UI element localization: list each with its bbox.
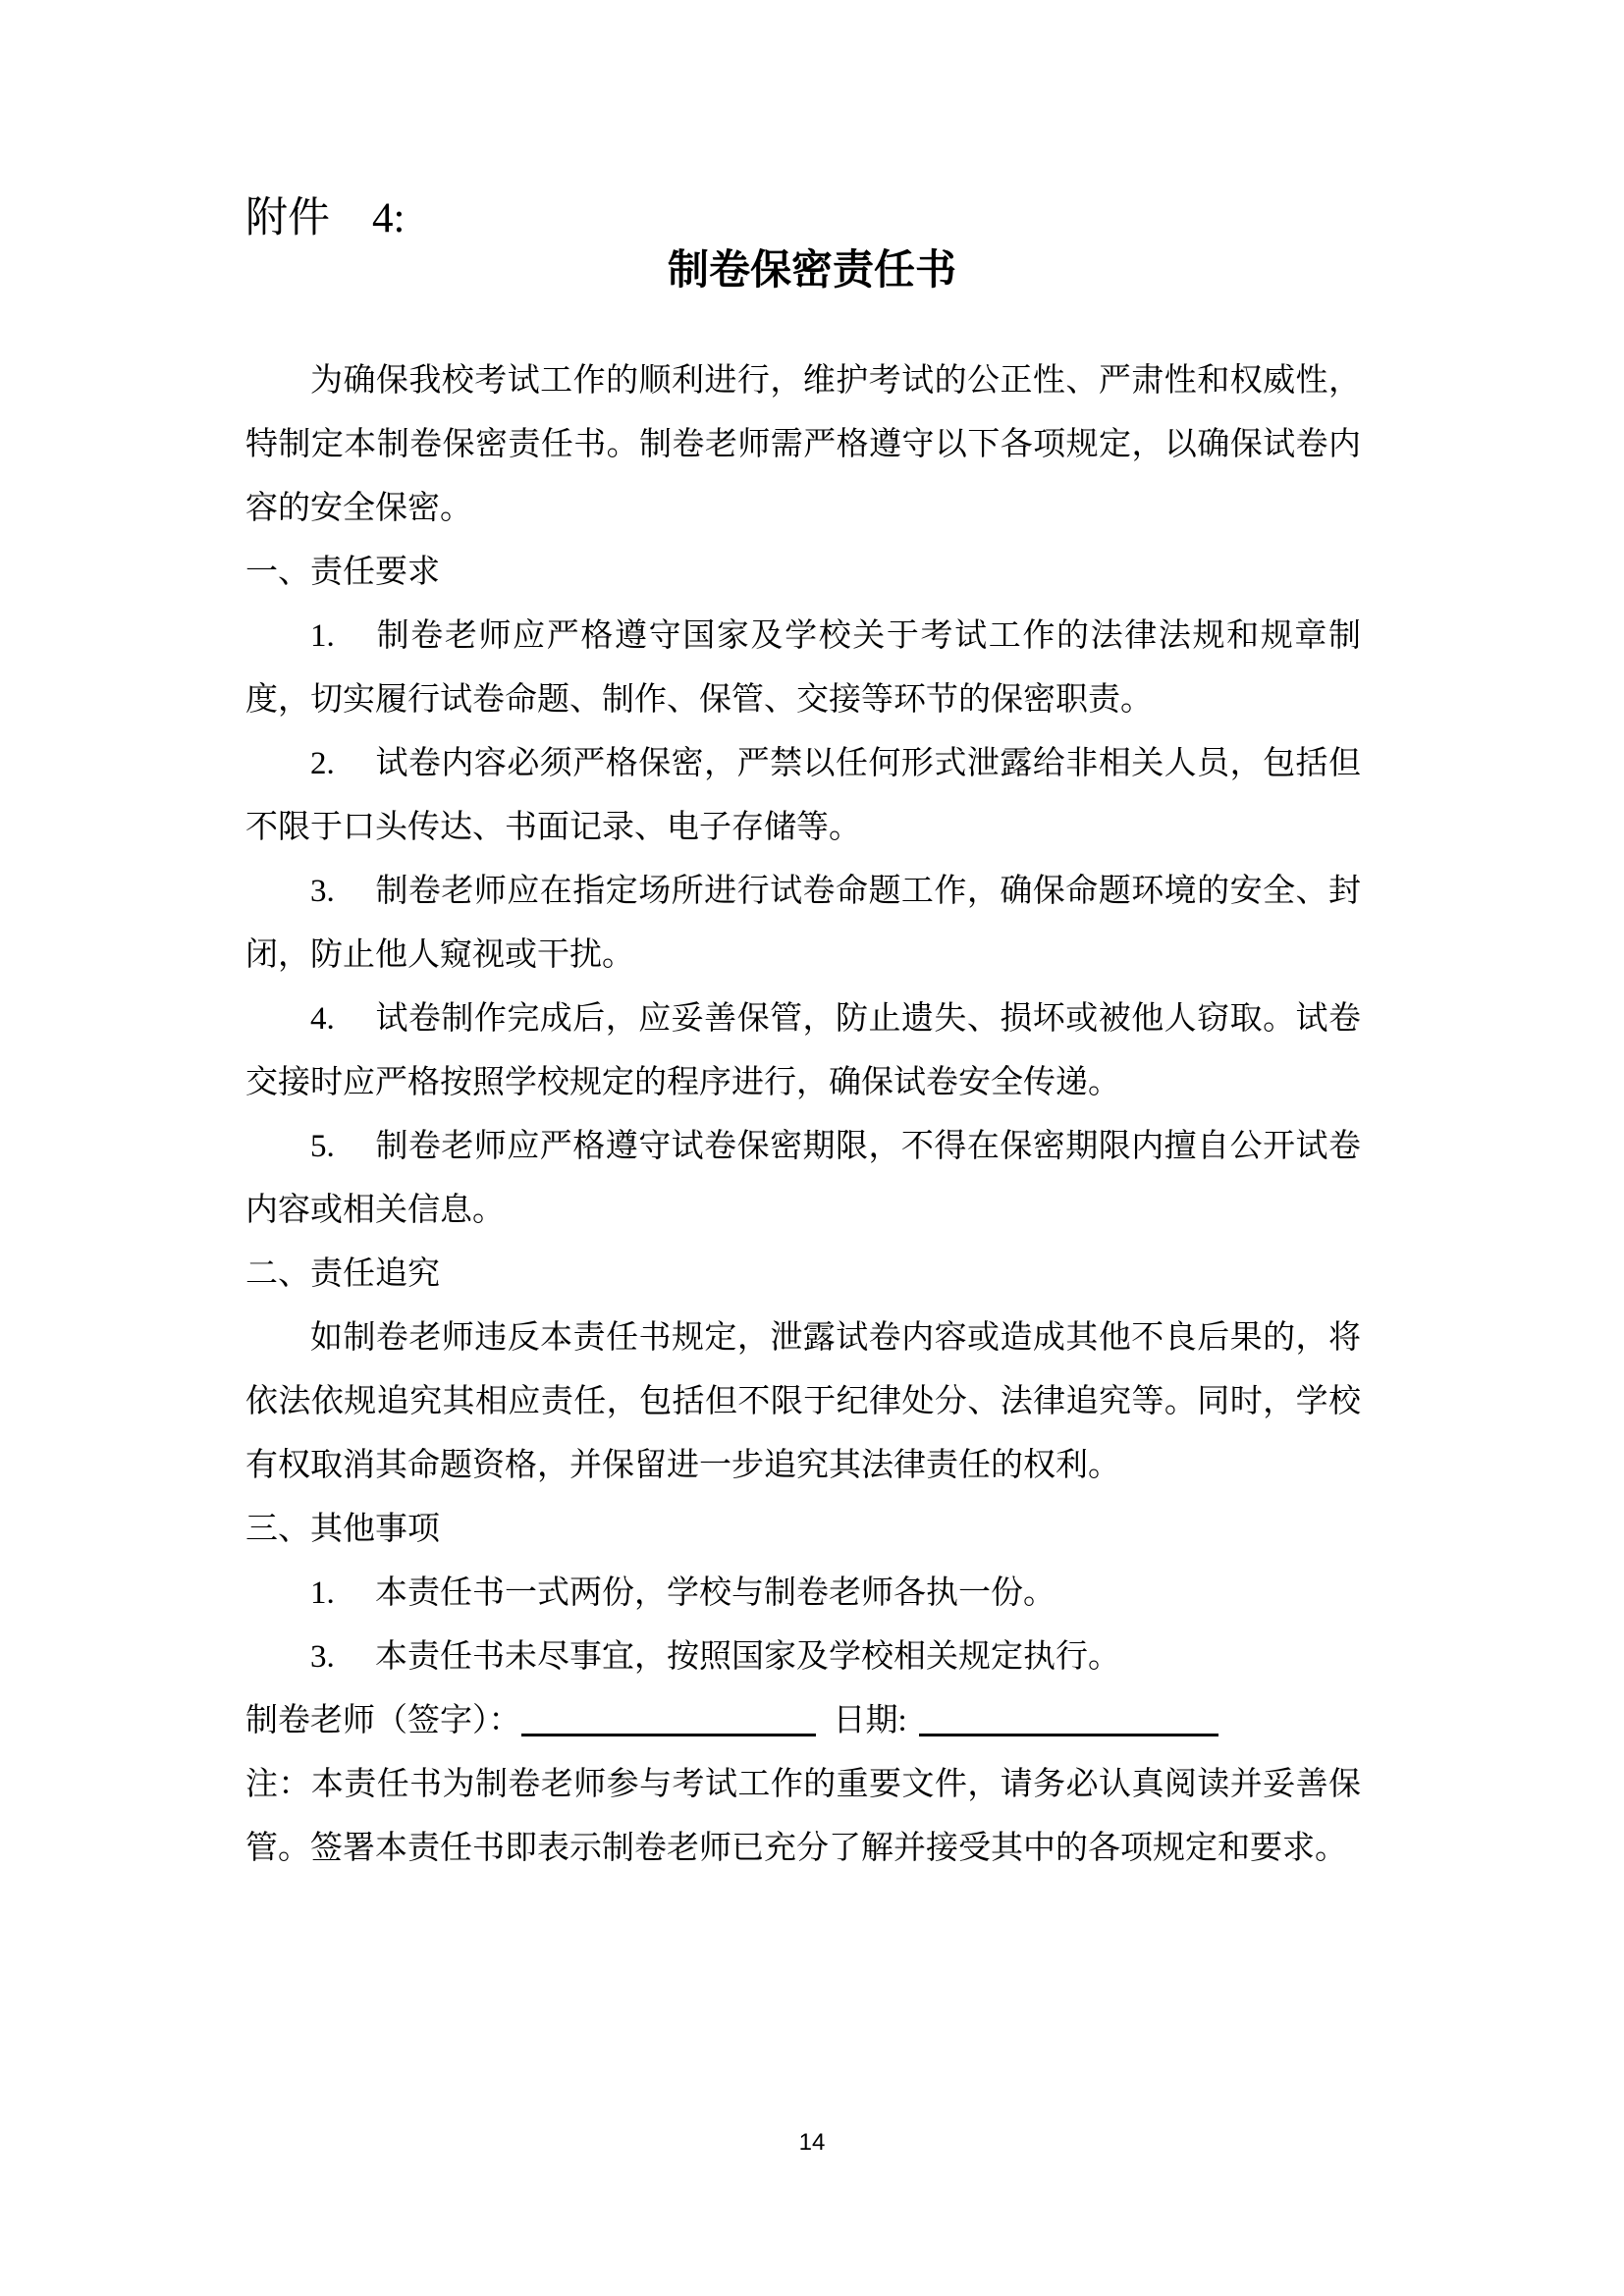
attachment-label: 附件 4:	[245, 192, 405, 245]
item-number: 1.	[310, 605, 375, 668]
item-number: 1.	[310, 1562, 375, 1626]
item-text: 制卷老师应严格遵守国家及学校关于考试工作的法律法规和规章制度，切实履行试卷命题、…	[245, 618, 1361, 718]
item-number: 3.	[310, 860, 375, 924]
item-text: 本责任书未尽事宜，按照国家及学校相关规定执行。	[375, 1639, 1120, 1675]
date-line[interactable]	[919, 1704, 1218, 1736]
item-number: 2.	[310, 732, 375, 796]
list-item: 3.本责任书未尽事宜，按照国家及学校相关规定执行。	[245, 1626, 1361, 1689]
list-item: 2.试卷内容必须严格保密，严禁以任何形式泄露给非相关人员，包括但不限于口头传达、…	[245, 732, 1361, 860]
date-label: 日期:	[834, 1703, 907, 1738]
item-text: 制卷老师应在指定场所进行试卷命题工作，确保命题环境的安全、封闭，防止他人窥视或干…	[245, 874, 1361, 973]
item-number: 5.	[310, 1115, 375, 1179]
section-paragraph: 如制卷老师违反本责任书规定，泄露试卷内容或造成其他不良后果的，将依法依规追究其相…	[245, 1307, 1361, 1498]
item-text: 试卷制作完成后，应妥善保管，防止遗失、损坏或被他人窃取。试卷交接时应严格按照学校…	[245, 1001, 1361, 1100]
list-item: 5.制卷老师应严格遵守试卷保密期限，不得在保密期限内擅自公开试卷内容或相关信息。	[245, 1115, 1361, 1243]
item-number: 4.	[310, 988, 375, 1051]
list-item: 4.试卷制作完成后，应妥善保管，防止遗失、损坏或被他人窃取。试卷交接时应严格按照…	[245, 988, 1361, 1115]
intro-paragraph: 为确保我校考试工作的顺利进行，维护考试的公正性、严肃性和权威性，特制定本制卷保密…	[245, 349, 1361, 541]
item-number: 3.	[310, 1626, 375, 1689]
document-body: 为确保我校考试工作的顺利进行，维护考试的公正性、严肃性和权威性，特制定本制卷保密…	[245, 349, 1361, 1881]
item-text: 本责任书一式两份，学校与制卷老师各执一份。	[375, 1575, 1056, 1611]
note-paragraph: 注：本责任书为制卷老师参与考试工作的重要文件，请务必认真阅读并妥善保管。签署本责…	[245, 1753, 1361, 1881]
section-heading-1: 一、责任要求	[245, 541, 1361, 605]
list-item: 1.制卷老师应严格遵守国家及学校关于考试工作的法律法规和规章制度，切实履行试卷命…	[245, 605, 1361, 732]
section-heading-2: 二、责任追究	[245, 1243, 1361, 1307]
list-item: 3.制卷老师应在指定场所进行试卷命题工作，确保命题环境的安全、封闭，防止他人窥视…	[245, 860, 1361, 988]
item-text: 试卷内容必须严格保密，严禁以任何形式泄露给非相关人员，包括但不限于口头传达、书面…	[245, 746, 1361, 845]
signature-row: 制卷老师（签字）：日期:	[245, 1689, 1361, 1753]
document-title: 制卷保密责任书	[0, 245, 1624, 296]
section-heading-3: 三、其他事项	[245, 1498, 1361, 1562]
page-number: 14	[0, 2128, 1624, 2158]
signature-line[interactable]	[521, 1704, 816, 1736]
list-item: 1.本责任书一式两份，学校与制卷老师各执一份。	[245, 1562, 1361, 1626]
item-text: 制卷老师应严格遵守试卷保密期限，不得在保密期限内擅自公开试卷内容或相关信息。	[245, 1129, 1361, 1228]
signature-label: 制卷老师（签字）：	[245, 1703, 521, 1738]
document-page: 附件 4: 制卷保密责任书 为确保我校考试工作的顺利进行，维护考试的公正性、严肃…	[0, 0, 1624, 2296]
